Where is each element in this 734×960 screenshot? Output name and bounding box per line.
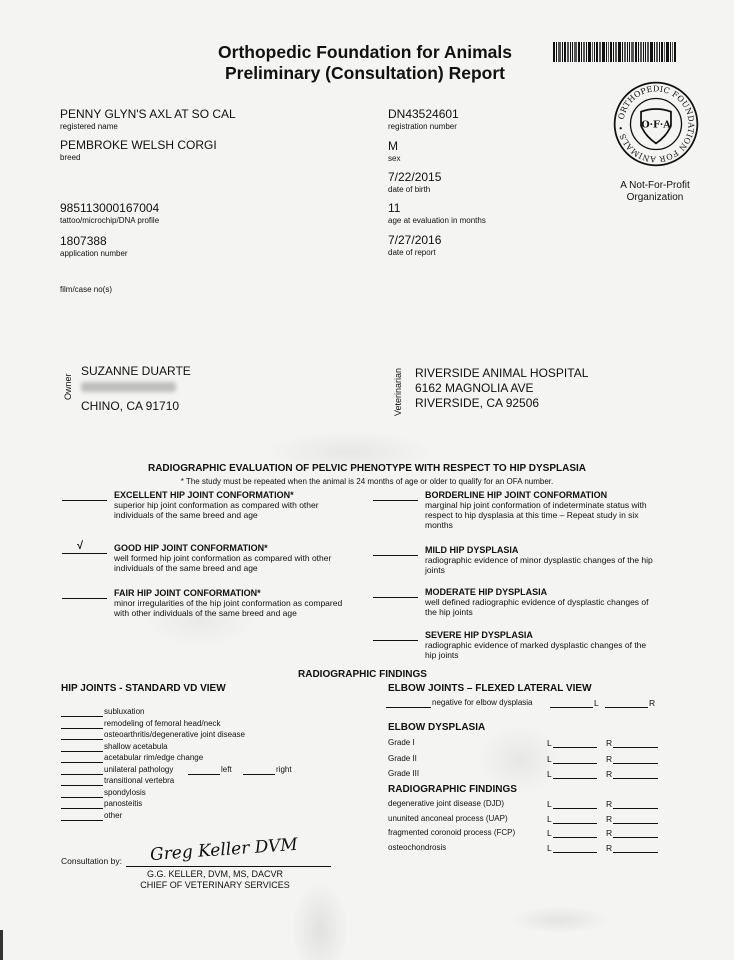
grade-description: individuals of the same breed and age — [114, 510, 319, 520]
org-note-line-1: A Not-For-Profit — [600, 180, 710, 192]
date-of-report-field: 7/27/2016 date of report — [388, 234, 441, 257]
date-of-report-label: date of report — [388, 248, 441, 257]
date-of-birth-value: 7/22/2015 — [388, 171, 441, 184]
right-grade-blank-2[interactable] — [373, 597, 418, 598]
grade-description: well defined radiographic evidence of dy… — [425, 597, 649, 607]
age-field: 11 age at evaluation in months — [388, 202, 486, 225]
hip-finding-blank[interactable] — [61, 785, 103, 786]
elbow-finding-label: degenerative joint disease (DJD) — [388, 799, 504, 809]
elbow-finding-R: R — [606, 814, 612, 824]
grade-name: BORDERLINE HIP JOINT CONFORMATION — [425, 490, 647, 500]
report-title: Orthopedic Foundation for Animals Prelim… — [200, 42, 530, 84]
right-grade-option: BORDERLINE HIP JOINT CONFORMATIONmargina… — [425, 490, 647, 530]
grade-description: well formed hip joint conformation as co… — [114, 553, 331, 563]
right-grade-blank-1[interactable] — [373, 555, 418, 556]
findings-title: RADIOGRAPHIC FINDINGS — [298, 669, 427, 680]
grade-description: individuals of the same breed and age — [114, 563, 331, 573]
elbow-joints-title: ELBOW JOINTS – FLEXED LATERAL VIEW — [388, 683, 592, 694]
signer-title: CHIEF OF VETERINARY SERVICES — [135, 880, 295, 891]
hip-finding-item: acetabular rim/edge change — [104, 753, 203, 763]
hip-finding-item: transitional vertebra — [104, 776, 174, 786]
elbow-grade-left-blank[interactable] — [553, 763, 597, 764]
elbow-grade-left-blank[interactable] — [553, 778, 597, 779]
sex-field: M sex — [388, 140, 400, 163]
grade-description: radiographic evidence of minor dysplasti… — [425, 555, 653, 565]
grade-description: the hip joints — [425, 607, 649, 617]
elbow-finding-right-blank[interactable] — [613, 808, 658, 809]
hip-finding-blank[interactable] — [61, 716, 103, 717]
application-number-value: 1807388 — [60, 235, 128, 248]
elbow-grade-label: Grade III — [388, 769, 419, 779]
right-grade-blank-0[interactable] — [373, 500, 418, 501]
grade-name: GOOD HIP JOINT CONFORMATION* — [114, 543, 331, 553]
right-grade-option: MODERATE HIP DYSPLASIAwell defined radio… — [425, 587, 649, 617]
hip-finding-blank[interactable] — [61, 751, 103, 752]
elbow-grade-right-blank[interactable] — [613, 763, 658, 764]
grade-description: marginal hip joint conformation of indet… — [425, 500, 647, 510]
elbow-grade-R: R — [606, 754, 612, 764]
elbow-finding-R: R — [606, 843, 612, 853]
unilateral-left-blank[interactable] — [188, 774, 220, 775]
age-label: age at evaluation in months — [388, 216, 486, 225]
elbow-negative-blank[interactable] — [386, 707, 431, 708]
id-profile-label: tattoo/microchip/DNA profile — [60, 216, 159, 225]
hip-finding-blank[interactable] — [61, 728, 103, 729]
evaluation-title: RADIOGRAPHIC EVALUATION OF PELVIC PHENOT… — [0, 463, 734, 474]
hip-finding-item: shallow acetabula — [104, 742, 168, 752]
elbow-grade-label: Grade II — [388, 754, 417, 764]
ofa-seal-icon: ORTHOPEDIC FOUNDATION FOR ANIMALS • O·F·… — [612, 80, 700, 168]
checkmark-icon: √ — [77, 540, 83, 552]
elbow-grade-L: L — [547, 754, 552, 764]
elbow-finding-R: R — [606, 799, 612, 809]
left-grade-blank-2[interactable] — [62, 598, 107, 599]
grade-description: with other individuals of the same breed… — [114, 608, 342, 618]
elbow-finding-right-blank[interactable] — [613, 837, 658, 838]
registered-name-field: PENNY GLYN'S AXL AT SO CAL registered na… — [60, 108, 236, 131]
grade-name: FAIR HIP JOINT CONFORMATION* — [114, 588, 342, 598]
elbow-grade-R: R — [606, 738, 612, 748]
owner-city: CHINO, CA 91710 — [81, 399, 191, 414]
elbow-negative-left-blank[interactable] — [550, 707, 593, 708]
elbow-negative-L: L — [594, 698, 599, 708]
elbow-finding-left-blank[interactable] — [553, 837, 597, 838]
unilateral-right-label: right — [276, 765, 292, 775]
evaluation-note: * The study must be repeated when the an… — [0, 477, 734, 486]
elbow-grade-right-blank[interactable] — [613, 778, 658, 779]
veterinarian-street: 6162 MAGNOLIA AVE — [415, 381, 588, 396]
date-of-birth-label: date of birth — [388, 185, 441, 194]
left-grade-option: EXCELLENT HIP JOINT CONFORMATION*superio… — [114, 490, 319, 520]
signer-block: G.G. KELLER, DVM, MS, DACVR CHIEF OF VET… — [135, 869, 295, 891]
elbow-finding-right-blank[interactable] — [613, 852, 658, 853]
grade-description: months — [425, 520, 647, 530]
signature-handwriting: Greg Keller DVM — [149, 835, 298, 865]
hip-finding-item: other — [104, 811, 122, 821]
sex-value: M — [388, 140, 400, 153]
hip-finding-blank[interactable] — [61, 820, 103, 821]
scan-edge — [0, 930, 3, 960]
registered-name-value: PENNY GLYN'S AXL AT SO CAL — [60, 108, 236, 121]
elbow-finding-R: R — [606, 828, 612, 838]
breed-field: PEMBROKE WELSH CORGI breed — [60, 139, 217, 162]
elbow-finding-L: L — [547, 828, 552, 838]
sex-label: sex — [388, 154, 400, 163]
date-of-report-value: 7/27/2016 — [388, 234, 441, 247]
veterinarian-name: RIVERSIDE ANIMAL HOSPITAL — [415, 366, 588, 381]
right-grade-option: SEVERE HIP DYSPLASIAradiographic evidenc… — [425, 630, 646, 660]
elbow-grade-L: L — [547, 738, 552, 748]
owner-name: SUZANNE DUARTE — [81, 364, 191, 379]
breed-label: breed — [60, 153, 217, 162]
elbow-radiographic-title: RADIOGRAPHIC FINDINGS — [388, 784, 517, 795]
veterinarian-label: Veterinarian — [393, 368, 403, 416]
elbow-grade-right-blank[interactable] — [613, 747, 658, 748]
hip-finding-blank[interactable] — [61, 808, 103, 809]
elbow-finding-label: osteochondrosis — [388, 843, 446, 853]
veterinarian-city: RIVERSIDE, CA 92506 — [415, 396, 588, 411]
elbow-finding-L: L — [547, 843, 552, 853]
unilateral-right-blank[interactable] — [243, 774, 275, 775]
elbow-grade-label: Grade I — [388, 738, 415, 748]
barcode — [553, 42, 708, 62]
registration-number-label: registration number — [388, 122, 459, 131]
grade-description: hip joints — [425, 650, 646, 660]
application-number-field: 1807388 application number — [60, 235, 128, 258]
grade-name: EXCELLENT HIP JOINT CONFORMATION* — [114, 490, 319, 500]
elbow-finding-left-blank[interactable] — [553, 808, 597, 809]
veterinarian-address: RIVERSIDE ANIMAL HOSPITAL 6162 MAGNOLIA … — [415, 366, 588, 411]
title-line-2: Preliminary (Consultation) Report — [200, 63, 530, 84]
owner-address: SUZANNE DUARTE CHINO, CA 91710 — [81, 364, 191, 414]
breed-value: PEMBROKE WELSH CORGI — [60, 139, 217, 152]
grade-name: MODERATE HIP DYSPLASIA — [425, 587, 649, 597]
elbow-finding-label: ununited anconeal process (UAP) — [388, 814, 508, 824]
elbow-finding-left-blank[interactable] — [553, 823, 597, 824]
grade-description: joints — [425, 565, 653, 575]
date-of-birth-field: 7/22/2015 date of birth — [388, 171, 441, 194]
elbow-negative-label: negative for elbow dysplasia — [432, 698, 533, 708]
left-grade-blank-0[interactable] — [62, 500, 107, 501]
hip-finding-blank[interactable] — [61, 797, 103, 798]
hip-finding-item: panosteitis — [104, 799, 142, 809]
elbow-grade-R: R — [606, 769, 612, 779]
elbow-grade-L: L — [547, 769, 552, 779]
grade-name: SEVERE HIP DYSPLASIA — [425, 630, 646, 640]
org-note-line-2: Organization — [600, 192, 710, 204]
elbow-finding-label: fragmented coronoid process (FCP) — [388, 828, 515, 838]
elbow-grade-left-blank[interactable] — [553, 747, 597, 748]
left-grade-blank-1[interactable] — [62, 553, 107, 554]
hip-finding-item: unilateral pathology — [104, 765, 173, 775]
application-number-label: application number — [60, 249, 128, 258]
id-profile-value: 985113000167004 — [60, 202, 159, 215]
elbow-finding-right-blank[interactable] — [613, 823, 658, 824]
hip-finding-blank[interactable] — [61, 774, 103, 775]
elbow-finding-L: L — [547, 799, 552, 809]
id-profile-field: 985113000167004 tattoo/microchip/DNA pro… — [60, 202, 159, 225]
org-note: A Not-For-Profit Organization — [600, 180, 710, 204]
consultation-label: Consultation by: — [61, 856, 122, 866]
hip-finding-item: subluxation — [104, 707, 144, 717]
svg-text:O·F·A: O·F·A — [641, 120, 671, 131]
grade-description: radiographic evidence of marked dysplast… — [425, 640, 646, 650]
elbow-finding-left-blank[interactable] — [553, 852, 597, 853]
right-grade-blank-3[interactable] — [373, 640, 418, 641]
age-value: 11 — [388, 202, 486, 215]
owner-label: Owner — [63, 373, 73, 400]
film-case-label: film/case no(s) — [60, 285, 112, 294]
hip-joints-title: HIP JOINTS - STANDARD VD VIEW — [61, 683, 226, 694]
title-line-1: Orthopedic Foundation for Animals — [200, 42, 530, 63]
left-grade-option: FAIR HIP JOINT CONFORMATION*minor irregu… — [114, 588, 342, 618]
grade-description: respect to hip dysplasia at this time – … — [425, 510, 647, 520]
grade-description: superior hip joint conformation as compa… — [114, 500, 319, 510]
hip-finding-item: osteoarthritis/degenerative joint diseas… — [104, 730, 245, 740]
film-case-field: film/case no(s) — [60, 284, 112, 294]
registration-number-field: DN43524601 registration number — [388, 108, 459, 131]
elbow-dysplasia-title: ELBOW DYSPLASIA — [388, 722, 485, 733]
elbow-negative-R: R — [649, 698, 655, 708]
left-grade-option: GOOD HIP JOINT CONFORMATION*well formed … — [114, 543, 331, 573]
registration-number-value: DN43524601 — [388, 108, 459, 121]
owner-street-redacted — [81, 382, 176, 392]
grade-name: MILD HIP DYSPLASIA — [425, 545, 653, 555]
signer-name: G.G. KELLER, DVM, MS, DACVR — [135, 869, 295, 880]
hip-finding-item: spondylosis — [104, 788, 146, 798]
registered-name-label: registered name — [60, 122, 236, 131]
hip-finding-blank[interactable] — [61, 762, 103, 763]
hip-finding-item: remodeling of femoral head/neck — [104, 719, 221, 729]
right-grade-option: MILD HIP DYSPLASIAradiographic evidence … — [425, 545, 653, 575]
hip-finding-blank[interactable] — [61, 739, 103, 740]
elbow-finding-L: L — [547, 814, 552, 824]
signature-line — [126, 866, 331, 867]
unilateral-left-label: left — [221, 765, 232, 775]
grade-description: minor irregularities of the hip joint co… — [114, 598, 342, 608]
elbow-negative-right-blank[interactable] — [605, 707, 648, 708]
